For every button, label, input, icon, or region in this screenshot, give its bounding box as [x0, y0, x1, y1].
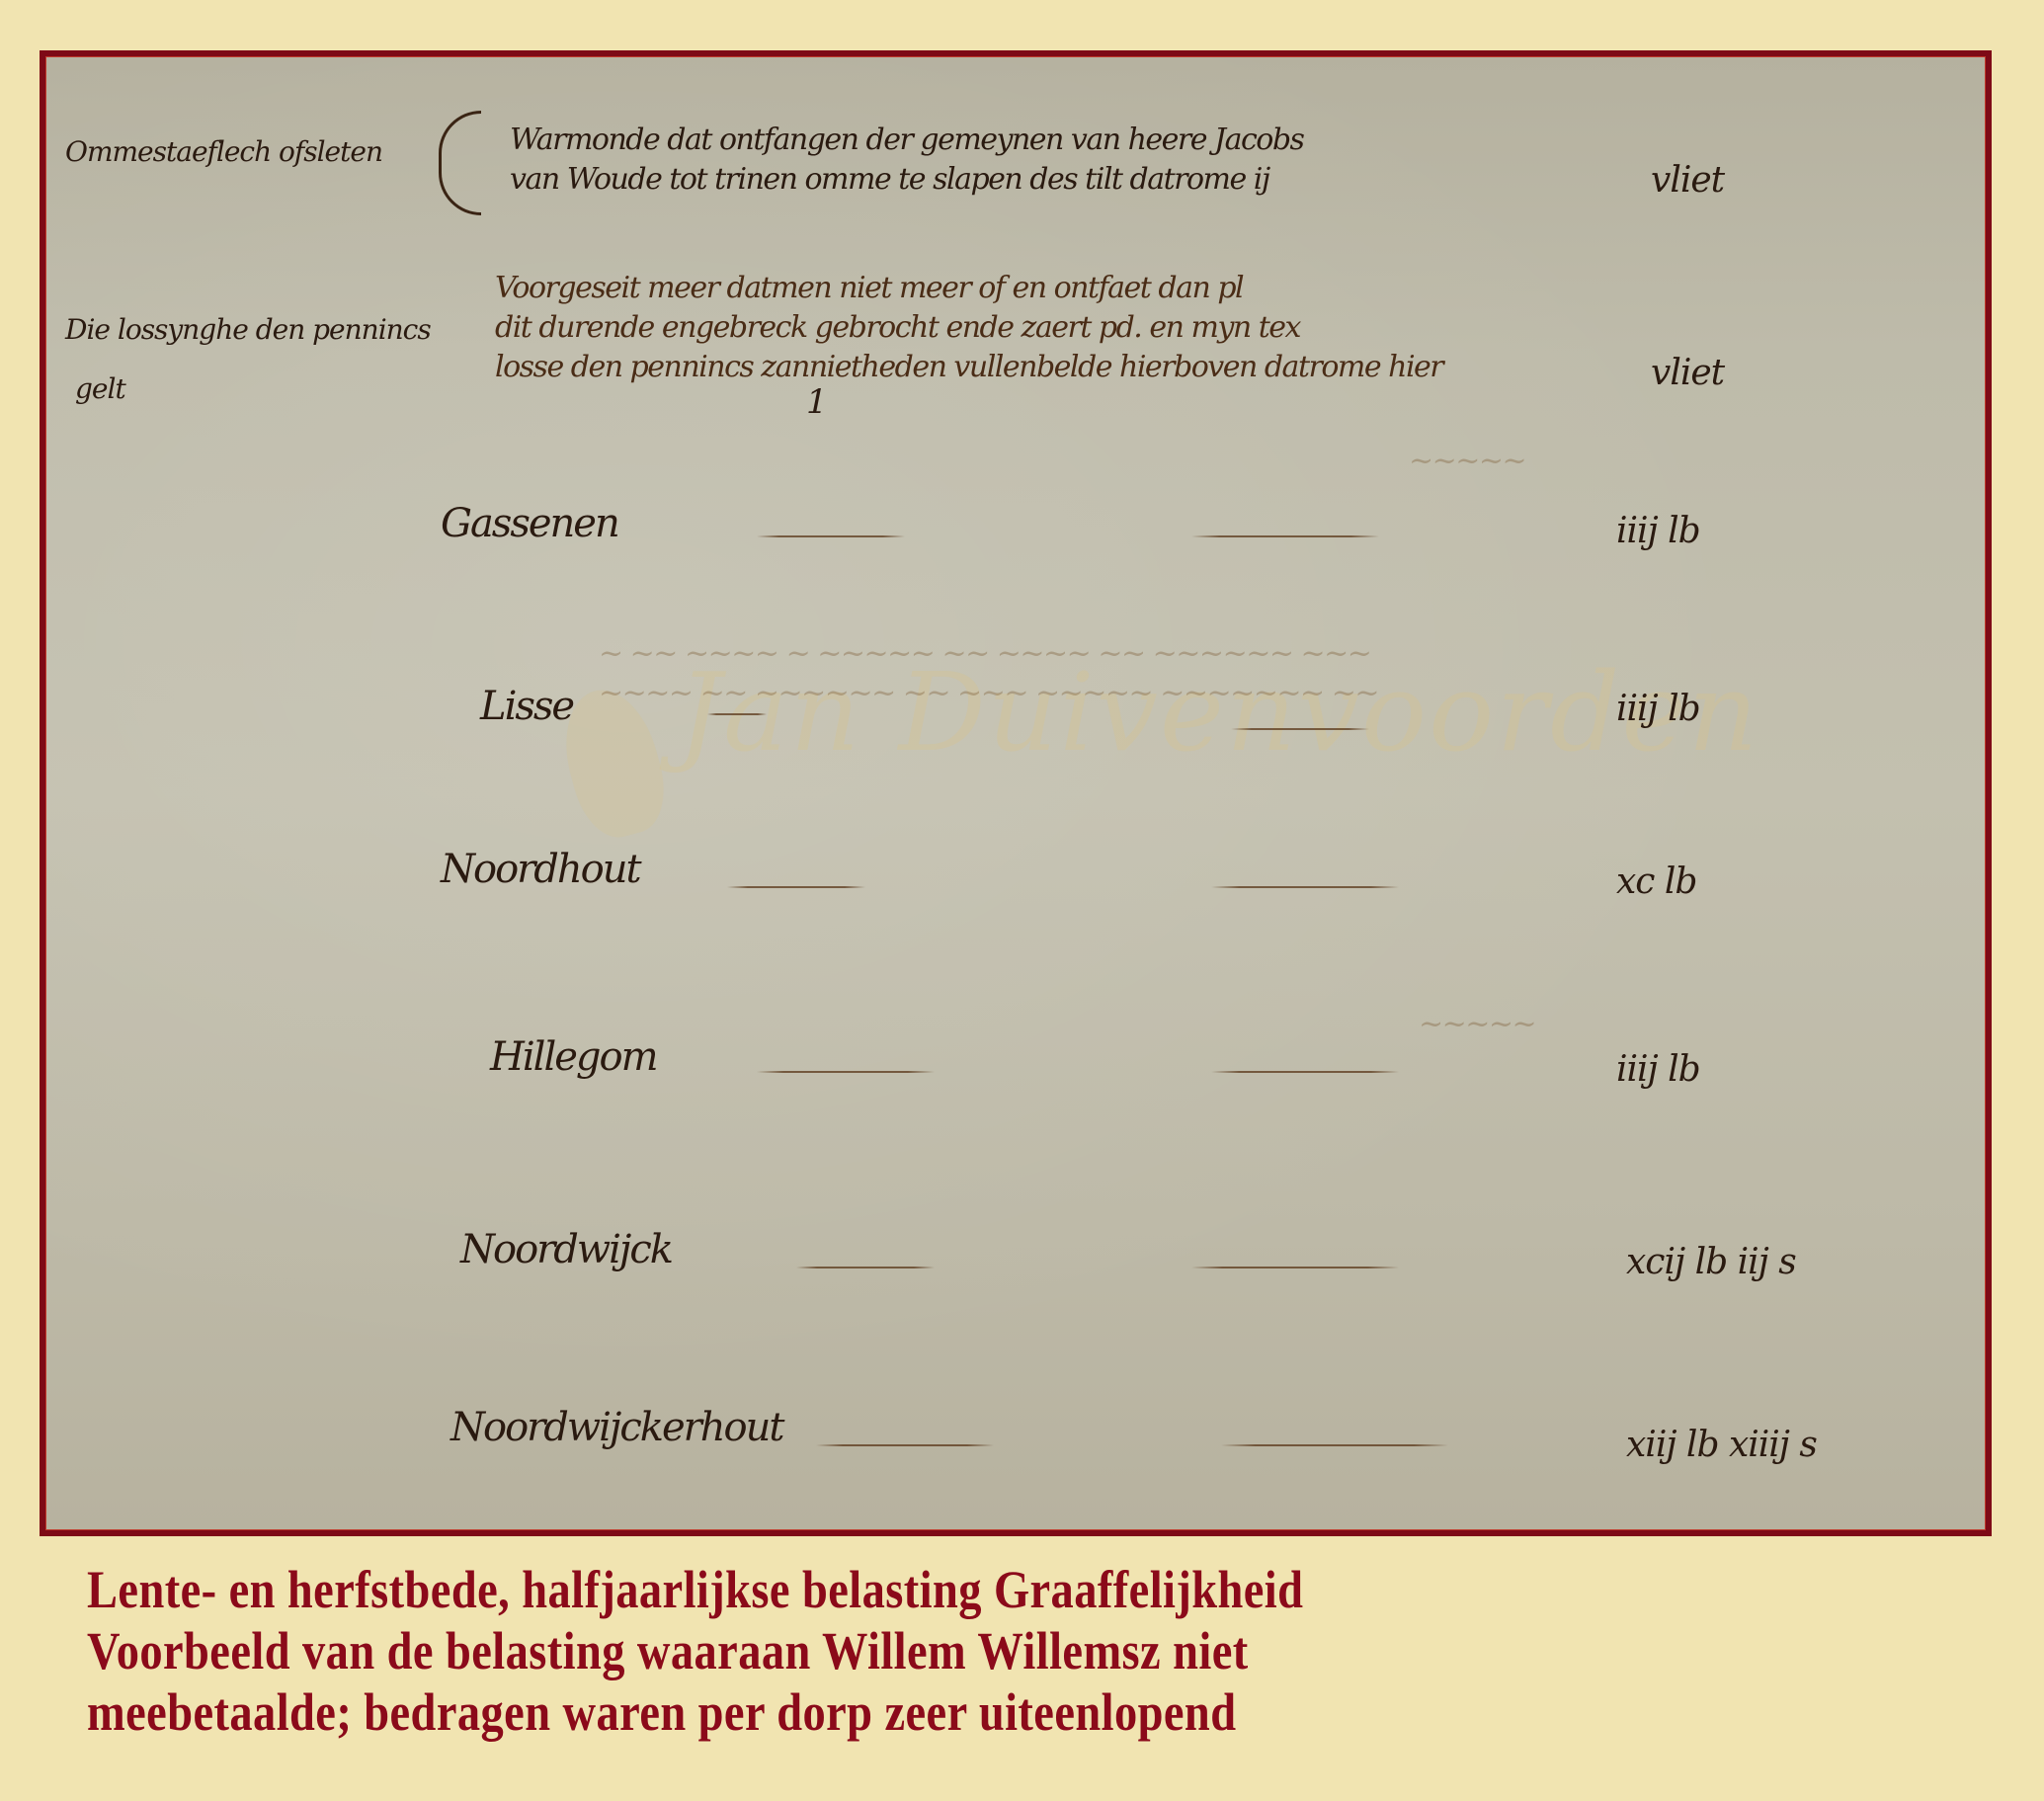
entry-line: Voorgeseit meer datmen niet meer of en o… [495, 269, 1243, 308]
margin-note: Ommestaeflech ofsleten [65, 135, 382, 168]
dash-line [727, 886, 865, 888]
dash-line [757, 1071, 935, 1073]
bleed-through-text: ~~~~ ~~ ~~~~~~ ~~ ~~~ ~~~~~ ~~~~~~~ ~~ [599, 674, 1378, 713]
dash-line [1211, 886, 1399, 888]
village-name: Gassenen [441, 501, 618, 546]
village-name: Noordhout [441, 847, 640, 892]
caption: Lente- en herfstbede, halfjaarlijkse bel… [87, 1559, 1701, 1743]
village-name: Lisse [480, 684, 573, 729]
dash-line [757, 535, 905, 537]
bleed-through-text: ~~~~~ [1419, 1005, 1535, 1044]
dash-line [1211, 1071, 1399, 1073]
entry-line: dit durende engebreck gebrocht ende zaer… [495, 308, 1300, 348]
bleed-through-text: ~ ~~ ~~~~ ~ ~~~~~ ~~ ~~~~ ~~ ~~~~~~ ~~~ [599, 634, 1370, 674]
village-amount: iiij lb [1616, 1049, 1700, 1090]
caption-line-2: Voorbeeld van de belasting waaraan Wille… [87, 1620, 1701, 1681]
margin-note-continued: gelt [75, 372, 125, 405]
bleed-through-text: ~~~~~ [1409, 442, 1525, 481]
caption-line-3: meebetaalde; bedragen waren per dorp zee… [87, 1681, 1701, 1743]
village-amount: iiij lb [1616, 689, 1700, 729]
entry-line: van Woude tot trinen omme te slapen des … [510, 160, 1269, 200]
dash-line [796, 1267, 935, 1269]
village-amount: xc lb [1616, 861, 1696, 902]
village-name: Noordwijckerhout [450, 1405, 782, 1450]
village-name: Noordwijck [460, 1227, 672, 1272]
manuscript-photo-frame: Jan Duivenvoorden ~ ~~ ~~~~ ~ ~~~~~ ~~ ~… [40, 50, 1992, 1536]
bracket-mark [439, 111, 481, 215]
dash-line [1231, 728, 1369, 730]
entry-amount: vliet [1651, 160, 1724, 201]
entry-line: Warmonde dat ontfangen der gemeynen van … [510, 121, 1303, 160]
dash-line [1221, 1444, 1448, 1446]
village-amount: xiij lb xiiij s [1626, 1425, 1817, 1465]
dash-line [707, 713, 767, 715]
correction-mark: 1 [806, 382, 826, 422]
margin-note: Die lossynghe den pennincs [65, 313, 431, 346]
entry-amount: vliet [1651, 353, 1724, 393]
dash-line [1191, 535, 1379, 537]
dash-line [1191, 1267, 1399, 1269]
village-name: Hillegom [490, 1034, 657, 1080]
caption-line-1: Lente- en herfstbede, halfjaarlijkse bel… [87, 1559, 1701, 1620]
entry-line: losse den pennincs zannietheden vullenbe… [495, 348, 1442, 387]
village-amount: iiij lb [1616, 511, 1700, 551]
village-amount: xcij lb iij s [1626, 1242, 1796, 1282]
dash-line [816, 1444, 994, 1446]
